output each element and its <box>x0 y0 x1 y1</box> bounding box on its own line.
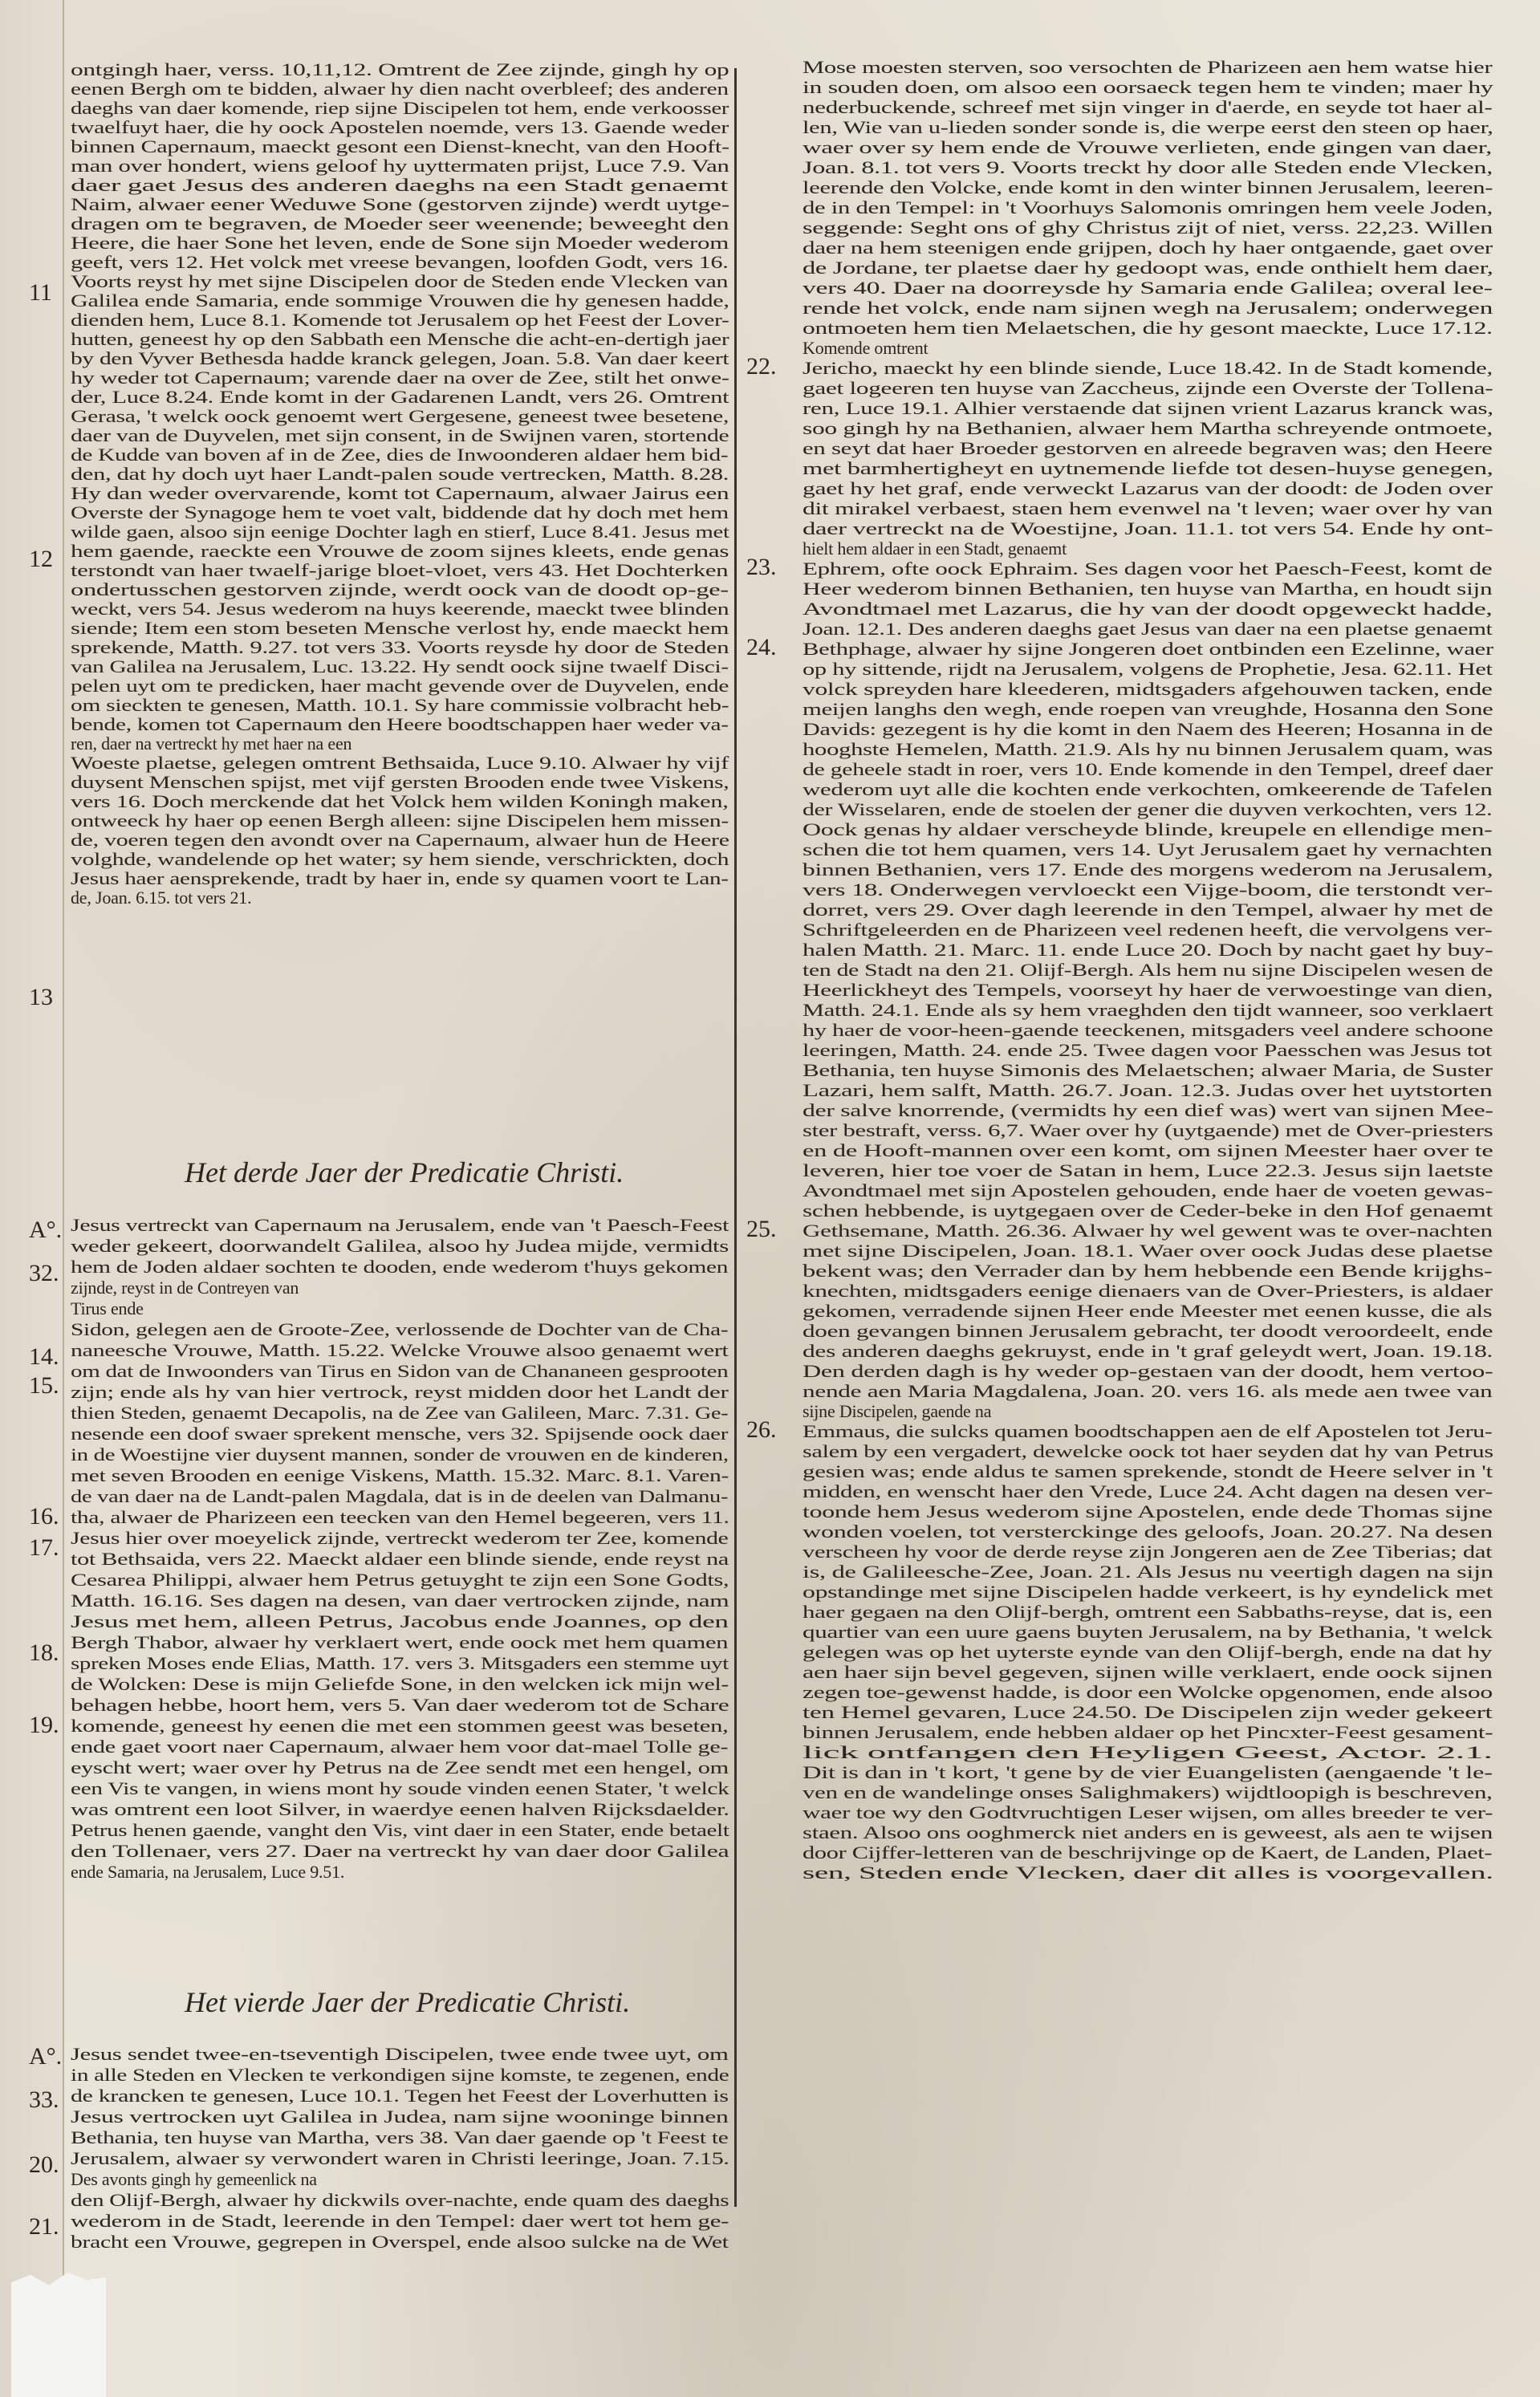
text-line: nederbuckende, schreef met sijn vinger i… <box>803 98 1493 117</box>
text-line: staen. Alsoo ons ooghmerck niet anders e… <box>803 1823 1493 1842</box>
text-line: eenen Bergh om te bidden, alwaer hy dien… <box>71 79 729 99</box>
text-line: Jesus hier over moeyelick zijnde, vertre… <box>71 1529 729 1548</box>
text-line: vers 16. Doch merckende dat het Volck he… <box>71 792 729 811</box>
text-line: opstandinge met sijne Discipelen hadde v… <box>803 1582 1493 1602</box>
text-line: Gethsemane, Matth. 26.36. Alwaer hy wel … <box>803 1221 1493 1241</box>
text-line: Naim, alwaer eener Weduwe Sone (gestorve… <box>71 195 729 214</box>
text-line: Sidon, gelegen aen de Groote-Zee, verlos… <box>71 1320 728 1339</box>
text-line: Jesus vertrocken uyt Galilea in Judea, n… <box>71 2107 729 2127</box>
text-line: bende, komen tot Capernaum den Heere boo… <box>71 715 729 734</box>
text-line: de, voeren tegen den avondt over na Cape… <box>71 831 729 850</box>
text-line: om sieckten te genesen, Matth. 10.1. Sy … <box>71 696 729 715</box>
text-line: ren, daer na vertreckt hy met haer na ee… <box>71 734 351 754</box>
margin-map-number: 21. <box>29 2215 59 2239</box>
text-line: Oock genas hy aldaer verscheyde blinde, … <box>803 820 1493 839</box>
text-line: naneesche Vrouwe, Matth. 15.22. Welcke V… <box>71 1341 729 1360</box>
text-line: ontmoeten hem tien Melaetschen, die hy g… <box>803 319 1493 338</box>
text-line: gelegen was op het uyterste eynde van de… <box>803 1643 1492 1662</box>
text-line: in de Woestijne vier duysent mannen, son… <box>71 1445 729 1465</box>
text-line: hielt hem aldaer in een Stadt, genaemt <box>803 539 1067 559</box>
text-line: de Jordane, ter plaetse daer hy gedoopt … <box>803 258 1493 278</box>
text-line: vers 18. Onderwegen vervloeckt een Vijge… <box>803 880 1493 900</box>
text-line: den Tollenaer, vers 27. Daer na vertreck… <box>71 1842 729 1861</box>
text-line: de van daer na de Landt-palen Magdala, d… <box>71 1487 728 1506</box>
text-line: ven en de wandelinge onses Salighmakers)… <box>803 1783 1493 1802</box>
text-line: volck spreyden hare kleederen, midtsgade… <box>803 680 1493 699</box>
margin-map-number: 24. <box>746 636 777 660</box>
text-line: volghde, wandelende op het water; sy hem… <box>71 850 729 869</box>
text-line: van Galilea na Jerusalem, Luc. 13.22. Hy… <box>71 657 729 676</box>
text-line: tot Bethsaida, vers 22. Maeckt aldaer ee… <box>71 1550 729 1569</box>
text-line: wederom in de Stadt, leerende in den Tem… <box>71 2212 729 2231</box>
text-line: Bethania, ten huyse van Martha, vers 38.… <box>71 2128 729 2147</box>
text-line: de in den Tempel: in 't Voorhuys Salomon… <box>803 198 1493 217</box>
text-line: op hy sittende, rijdt na Jerusalem, volg… <box>803 660 1493 679</box>
text-line: midden, en wenscht haer den Vrede, Luce … <box>803 1482 1493 1501</box>
text-line: Joan. 8.1. tot vers 9. Voorts treckt hy … <box>803 158 1493 177</box>
text-line: bracht een Vrouwe, gegrepen in Overspel,… <box>71 2232 729 2252</box>
text-line: sijne Discipelen, gaende na <box>803 1402 991 1421</box>
text-line: schen hebbende, is uytgegaen over de Ced… <box>803 1201 1493 1221</box>
text-line: Emmaus, die sulcks quamen boodtschappen … <box>803 1422 1493 1441</box>
text-line: geeft, vers 12. Het volck met vreese bev… <box>71 253 728 272</box>
margin-map-number: 22. <box>746 355 777 379</box>
section-heading-fourth-year: Het vierde Jaer der Predicatie Christi. <box>185 1985 630 2019</box>
text-line: daer vertreckt na de Woestijne, Joan. 11… <box>803 519 1493 538</box>
text-line: met barmhertigheyt en uytnemende liefde … <box>803 459 1493 478</box>
margin-map-number: 18. <box>29 1641 59 1665</box>
text-line: Komende omtrent <box>803 339 928 358</box>
text-line: zijn; ende als hy van hier vertrock, rey… <box>71 1383 729 1402</box>
text-line: twaelfuyt haer, die hy oock Apostelen no… <box>71 118 729 137</box>
text-line: hy haer de voor-heen-gaende teeckenen, m… <box>803 1021 1493 1040</box>
text-line: hutten, geneest hy op den Sabbath een Me… <box>71 330 729 349</box>
margin-map-number: 20. <box>29 2153 59 2177</box>
text-line: Des avonts gingh hy gemeenlick na <box>71 2170 317 2189</box>
text-line: de Wolcken: Dese is mijn Geliefde Sone, … <box>71 1675 729 1694</box>
text-line: eyscht wert; waer over hy Petrus na de Z… <box>71 1758 729 1777</box>
text-line: daer van de Duyvelen, met sijn consent, … <box>71 426 729 445</box>
text-line: Jerusalem, alwaer sy verwondert waren in… <box>71 2149 729 2168</box>
text-line: Jesus met hem, alleen Petrus, Jacobus en… <box>71 1612 729 1631</box>
text-line: Dit is dan in 't kort, 't gene by de vie… <box>803 1763 1493 1782</box>
text-line: Jesus haer aensprekende, tradt by haer i… <box>71 869 729 888</box>
margin-map-number: 25. <box>746 1217 777 1241</box>
text-line: komende, geneest hy eenen die met een st… <box>71 1716 728 1736</box>
column-divider-rule <box>734 68 737 2207</box>
text-line: Overste der Synagoge hem te voet valt, b… <box>71 503 729 522</box>
text-line: met sijne Discipelen, Joan. 18.1. Waer o… <box>803 1241 1493 1261</box>
text-line: soo gingh hy na Bethanien, alwaer hem Ma… <box>803 419 1493 438</box>
text-line: binnen Jerusalem, ende hebben aldaer op … <box>803 1723 1493 1742</box>
text-line: hem gaende, raeckte een Vrouwe de zoom s… <box>71 542 729 561</box>
text-line: dit mirakel verbaest, staen hem evenwel … <box>803 499 1493 518</box>
margin-map-number: 32. <box>29 1261 59 1286</box>
text-line: halen Matth. 21. Marc. 11. ende Luce 20.… <box>803 941 1493 960</box>
text-line: hooghste Hemelen, Matth. 21.9. Als hy nu… <box>803 740 1493 759</box>
text-line: ontweeck hy haer op eenen Bergh alleen: … <box>71 811 729 831</box>
text-line: dorret, vers 29. Over dagh leerende in d… <box>803 900 1493 920</box>
text-line: door Cijffer-letteren van de beschrijvin… <box>803 1843 1492 1863</box>
margin-map-number: 13 <box>29 985 53 1010</box>
text-line: met seven Brooden en eenige Viskens, Mat… <box>71 1466 729 1485</box>
text-line: Davids: gezegent is hy die komt in den N… <box>803 720 1493 739</box>
text-line: der salve knorrende, (vermidts hy een di… <box>803 1101 1493 1120</box>
text-line: sprekende, Matth. 9.27. tot vers 33. Voo… <box>71 638 729 657</box>
text-line: pelen uyt om te predicken, haer macht ge… <box>71 676 729 696</box>
text-line: haer gegaen na den Olijf-bergh, omtrent … <box>803 1603 1493 1622</box>
text-line: ende Samaria, na Jerusalem, Luce 9.51. <box>71 1863 344 1882</box>
text-line: Lazari, hem salft, Matth. 26.7. Joan. 12… <box>803 1081 1493 1100</box>
text-line: leeringen, Matth. 24. ende 25. Twee dage… <box>803 1041 1492 1060</box>
text-line: en seyt dat haer Broeder gestorven en al… <box>803 439 1493 458</box>
text-line: Galilea ende Samaria, ende sommige Vrouw… <box>71 291 729 311</box>
margin-map-number: 14. <box>29 1345 59 1369</box>
text-line: daer na hem steenigen ende grijpen, doch… <box>803 238 1493 258</box>
text-line: len, Wie van u-lieden sonder sonde is, d… <box>803 118 1493 137</box>
text-line: Matth. 16.16. Ses dagen na desen, van da… <box>71 1591 729 1611</box>
text-line: der, Luce 8.24. Ende komt in der Gadaren… <box>71 388 729 407</box>
text-line: Bethphage, alwaer hy sijne Jongeren doet… <box>803 640 1493 659</box>
text-line: Bergh Thabor, alwaer hy verklaert wert, … <box>71 1633 728 1652</box>
text-line: knechten, midtsgaders eenige dienaers va… <box>803 1282 1493 1301</box>
text-line: gaet logeeren ten huyse van Zaccheus, zi… <box>803 379 1493 398</box>
text-line: Woeste plaetse, gelegen omtrent Bethsaid… <box>71 754 729 773</box>
text-line: bekent was; den Verrader dan by hem hebb… <box>803 1261 1493 1281</box>
text-line: quartier van een uure gaens buyten Jerus… <box>803 1623 1493 1642</box>
text-line: den, dat hy doch uyt haer Landt-palen so… <box>71 465 729 484</box>
text-line: hem de Joden aldaer sochten te dooden, e… <box>71 1257 728 1277</box>
text-line: wilde gaen, alsoo sijn eenige Dochter la… <box>71 522 729 542</box>
margin-map-number: 12 <box>29 547 53 571</box>
margin-map-number: 26. <box>746 1418 777 1442</box>
margin-map-number: A°. <box>29 1218 62 1242</box>
page-gutter-fold <box>0 0 64 2397</box>
text-line: by den Vyver Bethesda hadde kranck geleg… <box>71 349 729 368</box>
text-line: doen gevangen binnen Jerusalem gebracht,… <box>803 1322 1493 1341</box>
margin-map-number: 17. <box>29 1536 59 1560</box>
margin-map-number: 11 <box>29 281 52 305</box>
text-line: Heer wederom binnen Bethanien, ten huyse… <box>803 579 1492 599</box>
text-line: een Vis te vangen, in wiens mont hy soud… <box>71 1779 729 1798</box>
text-line: Den derden dagh is hy weder op-gestaen v… <box>803 1362 1493 1381</box>
text-line: de, Joan. 6.15. tot vers 21. <box>71 888 251 908</box>
text-line: daer gaet Jesus des anderen daeghs na ee… <box>71 176 728 195</box>
text-line: thien Steden, genaemt Decapolis, na de Z… <box>71 1404 728 1423</box>
text-line: ende gaet voort naer Capernaum, alwaer h… <box>71 1737 728 1757</box>
text-line: Jesus sendet twee-en-tseventigh Discipel… <box>71 2045 729 2064</box>
text-line: gaet hy het graf, ende verweckt Lazarus … <box>803 479 1493 498</box>
text-line: waer over sy hem ende de Vrouwe verliete… <box>803 138 1492 157</box>
text-line: sen, Steden ende Vlecken, daer dit alles… <box>803 1863 1493 1883</box>
text-line: Petrus henen gaende, vanght den Vis, vin… <box>71 1821 729 1840</box>
margin-map-number: A°. <box>29 2045 62 2069</box>
text-line: Mose moesten sterven, soo versochten de … <box>803 58 1492 77</box>
text-line: ren, Luce 19.1. Alhier verstaende dat si… <box>803 399 1493 418</box>
margin-map-number: 33. <box>29 2088 59 2112</box>
text-line: zegen toe-gewenst hadde, is door een Wol… <box>803 1683 1493 1702</box>
text-line: waer toe wy den Godtvruchtigen Leser wij… <box>803 1803 1493 1822</box>
text-line: in alle Steden en Vlecken te verkondigen… <box>71 2066 729 2085</box>
text-line: was omtrent een loot Silver, in waerdye … <box>71 1800 729 1819</box>
text-line: Gerasa, 't welck oock genoemt wert Gerge… <box>71 407 729 426</box>
text-line: nesende een doof swaer sprekent mensche,… <box>71 1424 728 1444</box>
text-line: Heere, die haer Sone het leven, ende de … <box>71 234 729 253</box>
text-line: siende; Item een stom beseten Mensche ve… <box>71 619 729 638</box>
text-line: Avondtmael met sijn Apostelen gehouden, … <box>803 1181 1493 1201</box>
text-line: spreken Moses ende Elias, Matth. 17. ver… <box>71 1654 729 1673</box>
text-line: dragen om te begraven, de Moeder seer we… <box>71 214 729 234</box>
text-line: den Olijf-Bergh, alwaer hy dickwils over… <box>71 2191 729 2210</box>
text-line: wederom uyt alle die kochten ende verkoc… <box>803 780 1492 799</box>
text-line: Ephrem, ofte oock Ephraim. Ses dagen voo… <box>803 559 1492 579</box>
text-line: leerende den Volcke, ende komt in den wi… <box>803 178 1493 197</box>
text-line: ondertusschen gestorven zijnde, werdt oo… <box>71 580 729 599</box>
text-line: ster bestraft, verss. 6,7. Waer over hy … <box>803 1121 1493 1140</box>
text-line: des anderen daeghs gekruyst, ende in 't … <box>803 1342 1493 1361</box>
text-line: behagen hebbe, hoort hem, vers 5. Van da… <box>71 1696 729 1715</box>
text-line: nende aen Maria Magdalena, Joan. 20. ver… <box>803 1382 1492 1401</box>
text-line: Avondtmael met Lazarus, die hy van der d… <box>803 599 1492 619</box>
text-line: gesien was; ende aldus te samen sprekend… <box>803 1462 1493 1481</box>
text-line: binnen Bethanien, vers 17. Ende des morg… <box>803 860 1493 880</box>
text-line: tha, alwaer de Pharizeen een teecken van… <box>71 1508 729 1527</box>
text-line: weckt, vers 54. Jesus wederom na huys ke… <box>71 599 729 619</box>
text-line: terstondt van haer twaelf-jarige bloet-v… <box>71 561 728 580</box>
text-line: wonden voelen, tot versterckinge des gel… <box>803 1522 1493 1542</box>
torn-corner <box>11 2267 106 2397</box>
text-line: ten de Stadt na den 21. Olijf-Bergh. Als… <box>803 961 1493 980</box>
text-line: schen die tot hem quamen, vers 14. Uyt J… <box>803 840 1492 859</box>
text-line: salem by een vergadert, dewelcke oock to… <box>803 1442 1493 1461</box>
text-line: vers 40. Daer na doorreysde hy Samaria e… <box>803 278 1493 298</box>
text-line: rende het volck, ende nam sijnen wegh na… <box>803 299 1493 318</box>
text-line: in souden doen, om alsoo een oorsaeck te… <box>803 78 1493 97</box>
margin-map-number: 15. <box>29 1374 59 1398</box>
text-line: seggende: Seght ons of ghy Christus zijt… <box>803 218 1493 238</box>
text-line: Joan. 12.1. Des anderen daeghs gaet Jesu… <box>803 620 1493 639</box>
text-line: dienden hem, Luce 8.1. Komende tot Jerus… <box>71 311 729 330</box>
text-line: Bethania, ten huyse Simonis des Melaetsc… <box>803 1061 1493 1080</box>
text-line: Heerlickheyt des Tempels, voorseyt hy ha… <box>803 981 1493 1000</box>
text-line: is, de Galileesche-Zee, Joan. 21. Als Je… <box>803 1562 1493 1582</box>
text-line: Voorts reyst hy met sijne Discipelen doo… <box>71 272 728 291</box>
text-line: toonde hem Jesus wederom sijne Apostelen… <box>803 1502 1493 1521</box>
text-line: de geheele stadt in roer, vers 10. Ende … <box>803 760 1493 779</box>
text-line: ontgingh haer, verss. 10,11,12. Omtrent … <box>71 60 729 79</box>
text-line: de Kudde van boven af in de Zee, dies de… <box>71 445 728 465</box>
text-line: Tirus ende <box>71 1299 144 1318</box>
text-line: meijen langhs den wegh, ende roepen van … <box>803 700 1493 719</box>
text-line: leveren, hier toe voer de Satan in hem, … <box>803 1161 1493 1180</box>
text-line: om dat de Inwoonders van Tirus en Sidon … <box>71 1362 728 1381</box>
text-line: Cesarea Philippi, alwaer hem Petrus getu… <box>71 1570 729 1590</box>
text-line: ten Hemel gevaren, Luce 24.50. De Discip… <box>803 1703 1493 1722</box>
margin-map-number: 16. <box>29 1505 59 1529</box>
text-line: Schriftgeleerden en de Pharizeen veel re… <box>803 920 1493 940</box>
text-line: daeghs van daer komende, riep sijne Disc… <box>71 99 729 118</box>
text-line: zijnde, reyst in de Contreyen van <box>71 1278 299 1298</box>
text-line: de krancken te genesen, Luce 10.1. Tegen… <box>71 2086 729 2106</box>
margin-map-number: 19. <box>29 1713 59 1737</box>
section-heading-third-year: Het derde Jaer der Predicatie Christi. <box>185 1156 624 1189</box>
text-line: der Wisselaren, ende de stoelen der gene… <box>803 800 1492 819</box>
text-line: Matth. 24.1. Ende als sy hem vraeghden d… <box>803 1001 1493 1020</box>
text-line: aen haer sijn bevel gegeven, sijnen will… <box>803 1663 1493 1682</box>
text-line: duysent Menschen spijst, met vijf gerste… <box>71 773 729 792</box>
text-line: weder gekeert, doorwandelt Galilea, also… <box>71 1237 729 1256</box>
text-line: Jericho, maeckt hy een blinde siende, Lu… <box>803 359 1493 378</box>
text-line: lick ontfangen den Heyligen Geest, Actor… <box>803 1743 1493 1762</box>
text-line: Hy dan weder overvarende, komt tot Caper… <box>71 484 729 503</box>
text-line: hy weder tot Capernaum; varende daer na … <box>71 368 729 388</box>
text-line: gekomen, verradende sijnen Heer ende Mee… <box>803 1302 1492 1321</box>
margin-map-number: 23. <box>746 555 777 579</box>
text-line: Jesus vertreckt van Capernaum na Jerusal… <box>71 1216 729 1235</box>
text-line: en de Hooft-mannen over een komt, om sij… <box>803 1141 1493 1160</box>
text-line: verscheen hy voor de derde reyse zijn Jo… <box>803 1542 1492 1562</box>
text-line: man over hondert, wiens geloof hy uytter… <box>71 156 729 176</box>
text-line: binnen Capernaum, maeckt gesont een Dien… <box>71 137 729 156</box>
